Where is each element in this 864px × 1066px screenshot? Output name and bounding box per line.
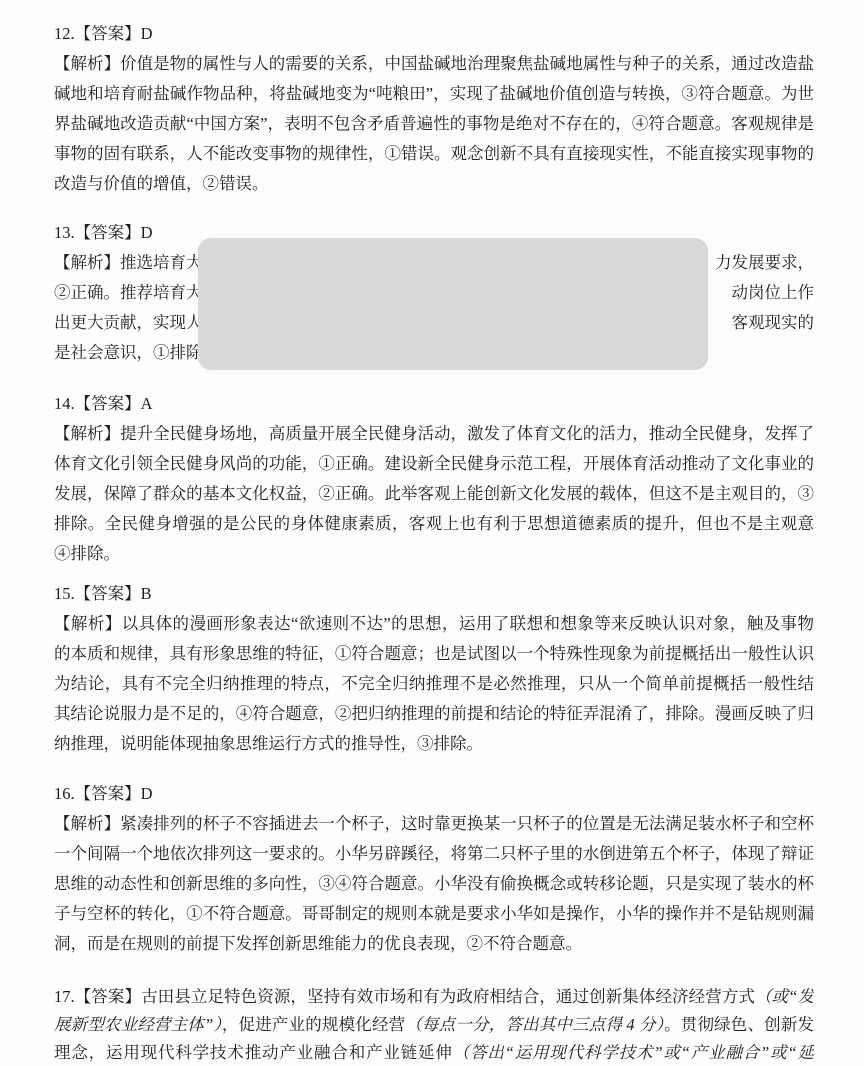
question-block-14: 14.【答案】A【解析】提升全民健身场地，高质量开展全民健身活动，激发了体育文化… xyxy=(54,389,814,569)
answer-text-line: 17.【答案】古田县立足特色资源，坚持有效市场和有为政府相结合，通过创新集体经济… xyxy=(54,983,814,1011)
answer-text-segment: 17.【答案】古田县立足特色资源，坚持有效市场和有为政府相结合，通过创新集体经济… xyxy=(54,987,755,1006)
answer-label: 【答案】 xyxy=(75,584,141,603)
question-number: 12. xyxy=(54,24,75,43)
explanation-line: 【解析】提升全民健身场地，高质量开展全民健身活动，激发了体育文化的活力，推动全民… xyxy=(54,419,814,449)
explanation-line: 为结论，具有不完全归纳推理的特点，不完全归纳推理不是必然推理，只从一个简单前提概… xyxy=(54,669,814,699)
fragment-left: 【解析】推选培育大 xyxy=(54,248,203,278)
explanation-line: 改造与价值的增值，②错误。 xyxy=(54,169,814,199)
answer-value: A xyxy=(141,394,153,413)
question-block-12: 12.【答案】D【解析】价值是物的属性与人的需要的关系，中国盐碱地治理聚焦盐碱地… xyxy=(54,19,814,199)
scoring-note-segment: （每点一分，答出其中三点得 4 分） xyxy=(405,1015,664,1034)
explanation-line: 体育文化引领全民健身风尚的功能，①正确。建设新全民健身示范工程，开展体育活动推动… xyxy=(54,449,814,479)
explanation-line: 事物的固有联系，人不能改变事物的规律性，①错误。观念创新不具有直接现实性，不能直… xyxy=(54,139,814,169)
answer-text-segment: 理念，运用现代科学技术推动产业融合和产业链延伸 xyxy=(54,1043,453,1062)
redaction-box xyxy=(198,238,708,370)
fragment-right: 客观现实的 xyxy=(732,308,815,338)
question-block-13: 13.【答案】D【解析】推选培育大力发展要求，②正确。推荐培育大动岗位上作出更大… xyxy=(54,218,814,368)
explanation-line: 排除。全民健身增强的是公民的身体健康素质，客观上也有利于思想道德素质的提升，但也… xyxy=(54,509,814,539)
answer-line: 14.【答案】A xyxy=(54,389,814,419)
answer-label: 【答案】 xyxy=(75,784,141,803)
explanation-line: 发展，保障了群众的基本文化权益，②正确。此举客观上能创新文化发展的载体，但这不是… xyxy=(54,479,814,509)
answer-label: 【答案】 xyxy=(75,223,141,242)
fragment-left: ②正确。推荐培育大 xyxy=(54,278,203,308)
answer-value: D xyxy=(141,24,153,43)
question-number: 13. xyxy=(54,223,75,242)
document-page: 12.【答案】D【解析】价值是物的属性与人的需要的关系，中国盐碱地治理聚焦盐碱地… xyxy=(0,0,864,1066)
answer-line: 15.【答案】B xyxy=(54,579,814,609)
answer-text-line: 展新型农业经营主体”），促进产业的规模化经营（每点一分，答出其中三点得 4 分）… xyxy=(54,1011,814,1039)
question-number: 15. xyxy=(54,584,75,603)
question-number: 16. xyxy=(54,784,75,803)
answer-value: D xyxy=(141,223,153,242)
answer-value: B xyxy=(141,584,152,603)
explanation-line: 子与空杯的转化，①不符合题意。哥哥制定的规则本就是要求小华如是操作，小华的操作并… xyxy=(54,899,814,929)
answer-label: 【答案】 xyxy=(75,24,141,43)
explanation-line: ④排除。 xyxy=(54,539,814,569)
explanation-line: 纳推理，说明能体现抽象思维运行方式的推导性，③排除。 xyxy=(54,729,814,759)
answer-key-list: 12.【答案】D【解析】价值是物的属性与人的需要的关系，中国盐碱地治理聚焦盐碱地… xyxy=(54,19,814,1066)
scoring-note-segment: 展新型农业经营主体”） xyxy=(54,1015,222,1034)
answer-label: 【答案】 xyxy=(75,394,141,413)
answer-text-line: 理念，运用现代科学技术推动产业融合和产业链延伸（答出“运用现代科学技术”或“产业… xyxy=(54,1039,814,1066)
explanation-line: 思维的动态性和创新思维的多向性，③④符合题意。小华没有偷换概念或转移论题，只是实… xyxy=(54,869,814,899)
fragment-right: 力发展要求， xyxy=(715,248,814,278)
question-block-16: 16.【答案】D【解析】紧凑排列的杯子不容插进去一个杯子，这时靠更换某一只杯子的… xyxy=(54,779,814,959)
question-number: 14. xyxy=(54,394,75,413)
question-block-17: 17.【答案】古田县立足特色资源，坚持有效市场和有为政府相结合，通过创新集体经济… xyxy=(54,983,814,1066)
explanation-line: 其结论说服力是不足的，④符合题意，②把归纳推理的前提和结论的特征弄混淆了，排除。… xyxy=(54,699,814,729)
explanation-line: 碱地和培育耐盐碱作物品种，将盐碱地变为“吨粮田”，实现了盐碱地价值创造与转换，③… xyxy=(54,79,814,109)
fragment-left: 是社会意识，①排除 xyxy=(54,338,203,368)
answer-line: 12.【答案】D xyxy=(54,19,814,49)
explanation-line: 【解析】以具体的漫画形象表达“欲速则不达”的思想，运用了联想和想象等来反映认识对… xyxy=(54,609,814,639)
scoring-note-segment: （或“发 xyxy=(755,987,814,1006)
explanation-line: 洞，而是在规则的前提下发挥创新思维能力的优良表现，②不符合题意。 xyxy=(54,929,814,959)
explanation-line: 一个间隔一个地依次排列这一要求的。小华另辟蹊径，将第二只杯子里的水倒进第五个杯子… xyxy=(54,839,814,869)
answer-text-segment: ，促进产业的规模化经营 xyxy=(222,1015,405,1034)
question-block-15: 15.【答案】B【解析】以具体的漫画形象表达“欲速则不达”的思想，运用了联想和想… xyxy=(54,579,814,759)
explanation-line: 【解析】紧凑排列的杯子不容插进去一个杯子，这时靠更换某一只杯子的位置是无法满足装… xyxy=(54,809,814,839)
fragment-right: 动岗位上作 xyxy=(732,278,815,308)
scoring-note-segment: （答出“运用现代科学技术”或“产业融合”或“延 xyxy=(453,1043,814,1062)
explanation-line: 界盐碱地改造贡献“中国方案”，表明不包含矛盾普遍性的事物是绝对不存在的，④符合题… xyxy=(54,109,814,139)
answer-line: 16.【答案】D xyxy=(54,779,814,809)
fragment-left: 出更大贡献，实现人 xyxy=(54,308,203,338)
answer-value: D xyxy=(141,784,153,803)
explanation-line: 【解析】价值是物的属性与人的需要的关系，中国盐碱地治理聚焦盐碱地属性与种子的关系… xyxy=(54,49,814,79)
explanation-line: 的本质和规律，具有形象思维的特征，①符合题意；也是试图以一个特殊性现象为前提概括… xyxy=(54,639,814,669)
